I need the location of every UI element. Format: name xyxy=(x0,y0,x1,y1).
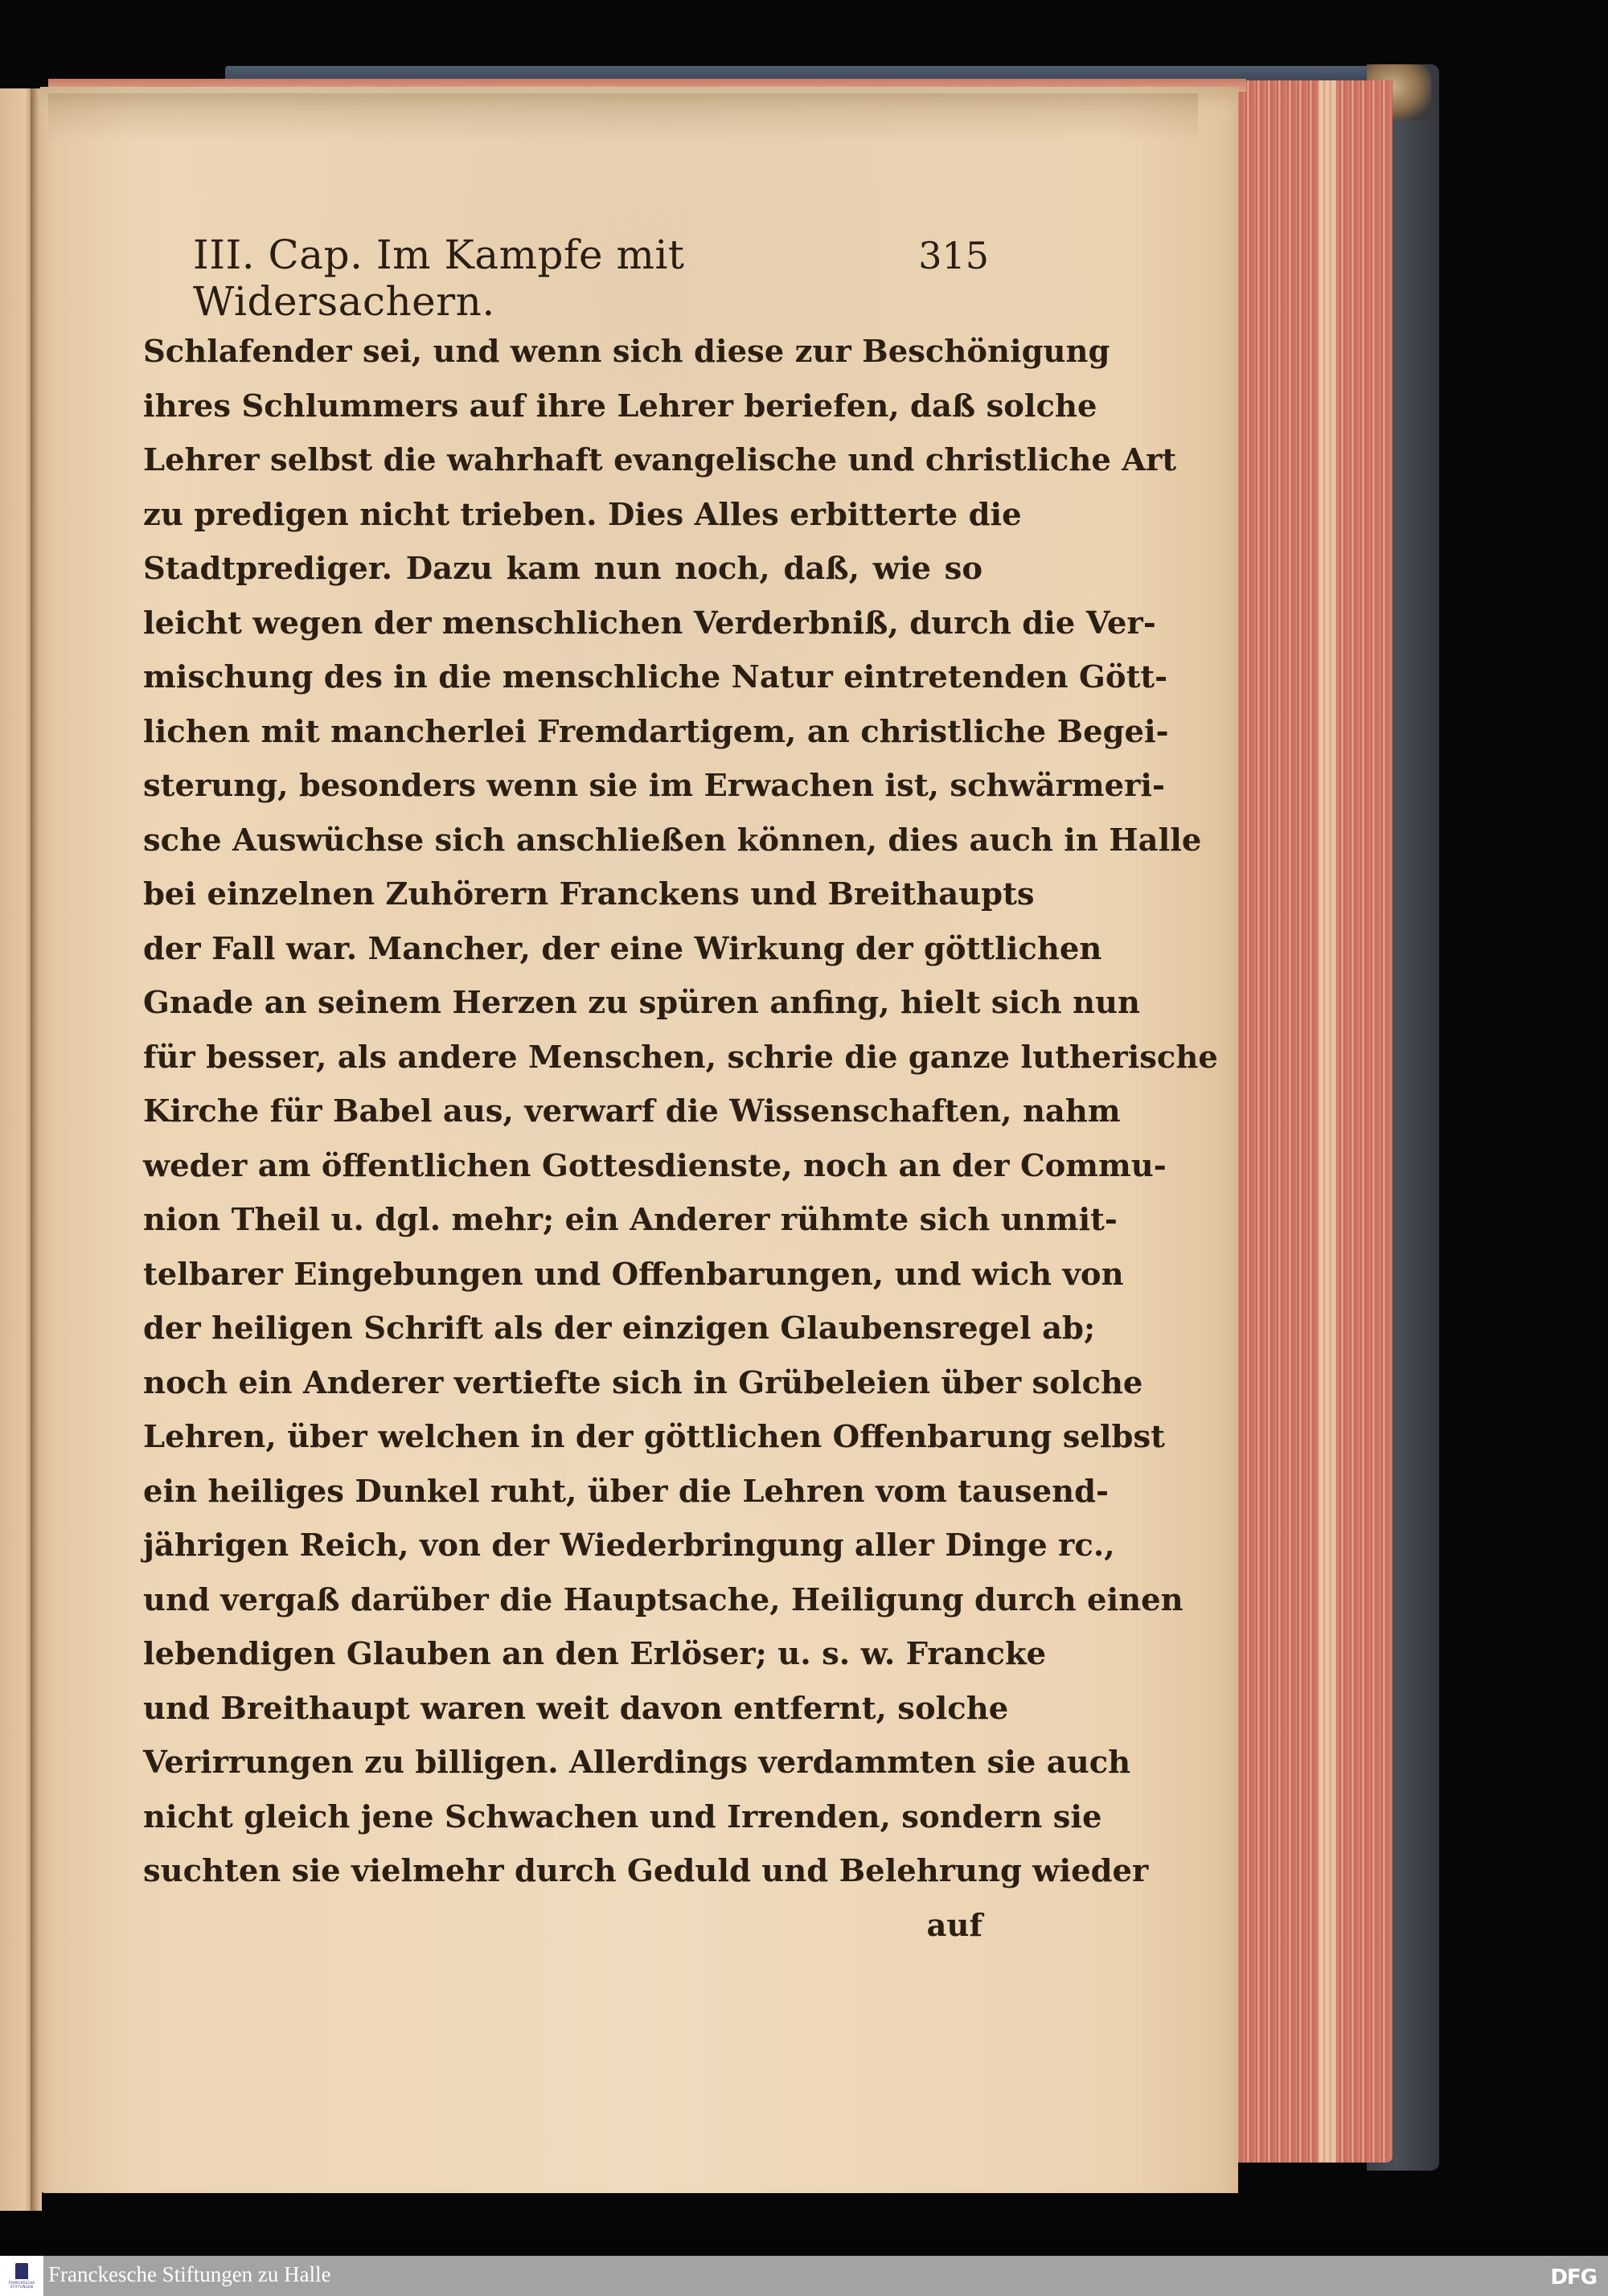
institution-name: Franckesche Stiftungen zu Halle xyxy=(48,2262,331,2287)
text-line: und vergaß darüber die Hauptsache, Heili… xyxy=(143,1573,982,1628)
text-line: der Fall war. Mancher, der eine Wirkung … xyxy=(143,922,982,977)
text-line: jährigen Reich, von der Wiederbringung a… xyxy=(143,1519,982,1573)
text-line: noch ein Anderer vertiefte sich in Grübe… xyxy=(143,1356,982,1411)
water-stain xyxy=(48,93,1198,141)
running-head: III. Cap. Im Kampfe mit Widersachern. 31… xyxy=(193,232,989,288)
text-line: mischung des in die menschliche Natur ei… xyxy=(143,650,982,705)
text-line: zu predigen nicht trieben. Dies Alles er… xyxy=(143,488,982,543)
text-line: Lehrer selbst die wahrhaft evangelische … xyxy=(143,433,982,488)
red-fore-edge xyxy=(1232,80,1393,2163)
text-line: für besser, als andere Menschen, schrie … xyxy=(143,1031,982,1085)
text-line: lebendigen Glauben an den Erlöser; u. s.… xyxy=(143,1627,982,1682)
text-line: sterung, besonders wenn sie im Erwachen … xyxy=(143,759,982,814)
viewer-footer-bar: FRANCKESCHE STIFTUNGEN Franckesche Stift… xyxy=(0,2256,1608,2296)
text-line: ihres Schlummers auf ihre Lehrer beriefe… xyxy=(143,379,982,434)
text-line: und Breithaupt waren weit davon entfernt… xyxy=(143,1682,982,1736)
text-line: Lehren, über welchen in der göttlichen O… xyxy=(143,1410,982,1465)
fore-edge-highlight xyxy=(1319,80,1336,2163)
body-text: Schlafender sei, und wenn sich diese zur… xyxy=(143,325,982,1953)
page-number: 315 xyxy=(918,234,989,277)
text-line: lichen mit mancherlei Fremdartigem, an c… xyxy=(143,705,982,760)
text-line: Gnade an seinem Herzen zu spüren anfing,… xyxy=(143,976,982,1031)
text-line: bei einzelnen Zuhörern Franckens und Bre… xyxy=(143,867,982,922)
text-line: suchten sie vielmehr durch Geduld und Be… xyxy=(143,1844,982,1899)
orphanage-logo-icon xyxy=(15,2263,28,2279)
dfg-logo[interactable]: DFG xyxy=(1550,2265,1597,2290)
text-line: telbarer Eingebungen und Offenbarungen, … xyxy=(143,1248,982,1302)
text-line: ein heiliges Dunkel ruht, über die Lehre… xyxy=(143,1465,982,1519)
text-line: nicht gleich jene Schwachen und Irrenden… xyxy=(143,1790,982,1845)
text-line: Kirche für Babel aus, verwarf die Wissen… xyxy=(143,1084,982,1139)
text-line: Stadtprediger. Dazu kam nun noch, daß, w… xyxy=(143,542,982,597)
text-line: weder am öffentlichen Gottesdienste, noc… xyxy=(143,1139,982,1194)
text-line: sche Auswüchse sich anschließen können, … xyxy=(143,814,982,868)
text-line: Schlafender sei, und wenn sich diese zur… xyxy=(143,325,982,379)
chapter-title: III. Cap. Im Kampfe mit Widersachern. xyxy=(193,232,918,325)
text-line: Verirrungen zu billigen. Allerdings verd… xyxy=(143,1736,982,1790)
logo-caption: FRANCKESCHE STIFTUNGEN xyxy=(0,2281,43,2289)
text-line: der heiligen Schrift als der einzigen Gl… xyxy=(143,1302,982,1356)
catchword: auf xyxy=(143,1899,982,1954)
text-line: nion Theil u. dgl. mehr; ein Anderer rüh… xyxy=(143,1193,982,1248)
institution-logo[interactable]: FRANCKESCHE STIFTUNGEN xyxy=(0,2256,43,2296)
text-line: leicht wegen der menschlichen Verderbniß… xyxy=(143,597,982,651)
